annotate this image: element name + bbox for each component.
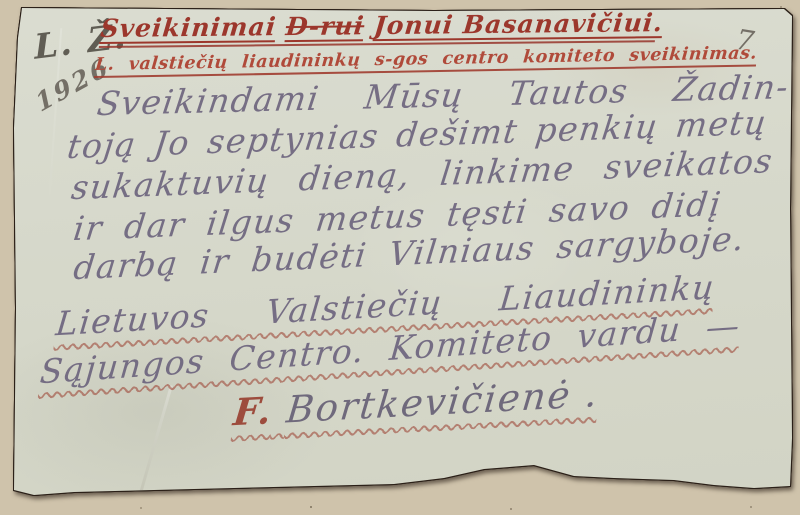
- document-photo: L. Ž. 1926 7 Sveikinimai D-rui Jonui Bas…: [0, 0, 800, 515]
- signature-initial: F.: [231, 388, 275, 434]
- heading-struck-word: D-rui: [285, 11, 366, 41]
- signature-name: Bortkevičienė .: [284, 372, 601, 432]
- paper-crease: [134, 385, 173, 511]
- red-heading-line1: Sveikinimai D-rui Jonui Basanavičiui.: [99, 8, 658, 48]
- signature: F. Bortkevičienė .: [231, 364, 725, 434]
- heading-addressee: Jonui Basanavičiui.: [373, 8, 665, 40]
- letter-paper: L. Ž. 1926 7 Sveikinimai D-rui Jonui Bas…: [14, 8, 792, 500]
- background-specks: [310, 506, 312, 508]
- heading-word-sveikinimai: Sveikinimai: [99, 12, 277, 43]
